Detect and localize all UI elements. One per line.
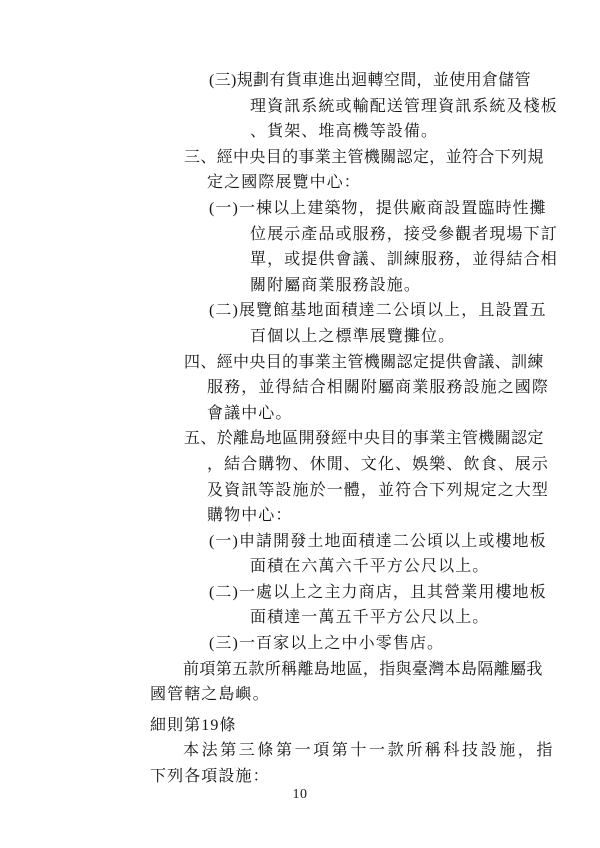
- text-line: (二)展覽館基地面積達二公頃以上，且設置五: [0, 298, 600, 324]
- text-line: 定之國際展覽中心：: [0, 170, 600, 196]
- text-line: 位展示產品或服務，接受參觀者現場下訂: [0, 222, 600, 248]
- text-line: 、貨架、堆高機等設備。: [0, 119, 600, 145]
- text-line: 四、經中央目的事業主管機關認定提供會議、訓練: [0, 350, 600, 376]
- text-line: 會議中心。: [0, 401, 600, 427]
- text-line: (三)一百家以上之中小零售店。: [0, 631, 600, 657]
- text-line: 本法第三條第一項第十一款所稱科技設施，指: [0, 738, 600, 764]
- page-number: 10: [0, 787, 600, 803]
- text-line: 五、於離島地區開發經中央目的事業主管機關認定: [0, 426, 600, 452]
- text-line: 面積在六萬六千平方公尺以上。: [0, 554, 600, 580]
- text-line: (二)一處以上之主力商店，且其營業用樓地板: [0, 580, 600, 606]
- text-line: 理資訊系統或輸配送管理資訊系統及棧板: [0, 94, 600, 120]
- text-line: 三、經中央目的事業主管機關認定，並符合下列規: [0, 145, 600, 171]
- document-page: (三)規劃有貨車進出迴轉空間，並使用倉儲管理資訊系統或輸配送管理資訊系統及棧板、…: [0, 0, 600, 848]
- text-line: (一)一棟以上建築物，提供廠商設置臨時性攤: [0, 196, 600, 222]
- text-line: (三)規劃有貨車進出迴轉空間，並使用倉儲管: [0, 68, 600, 94]
- text-line: 及資訊等設施於一體，並符合下列規定之大型: [0, 478, 600, 504]
- text-line: 面積達一萬五千平方公尺以上。: [0, 605, 600, 631]
- text-line: 購物中心：: [0, 503, 600, 529]
- document-body: (三)規劃有貨車進出迴轉空間，並使用倉儲管理資訊系統或輸配送管理資訊系統及棧板、…: [0, 68, 600, 790]
- text-line: 前項第五款所稱離島地區，指與臺灣本島隔離屬我: [0, 657, 600, 683]
- text-line: 國管轄之島嶼。: [0, 682, 600, 708]
- text-line: 單，或提供會議、訓練服務，並得結合相: [0, 247, 600, 273]
- text-line: 細則第19條: [0, 713, 600, 739]
- text-line: 關附屬商業服務設施。: [0, 273, 600, 299]
- text-line: (一)申請開發土地面積達二公頃以上或樓地板: [0, 529, 600, 555]
- text-line: 服務，並得結合相關附屬商業服務設施之國際: [0, 375, 600, 401]
- text-line: 下列各項設施：: [0, 764, 600, 790]
- text-line: ，結合購物、休閒、文化、娛樂、飲食、展示: [0, 452, 600, 478]
- text-line: 百個以上之標準展覽攤位。: [0, 324, 600, 350]
